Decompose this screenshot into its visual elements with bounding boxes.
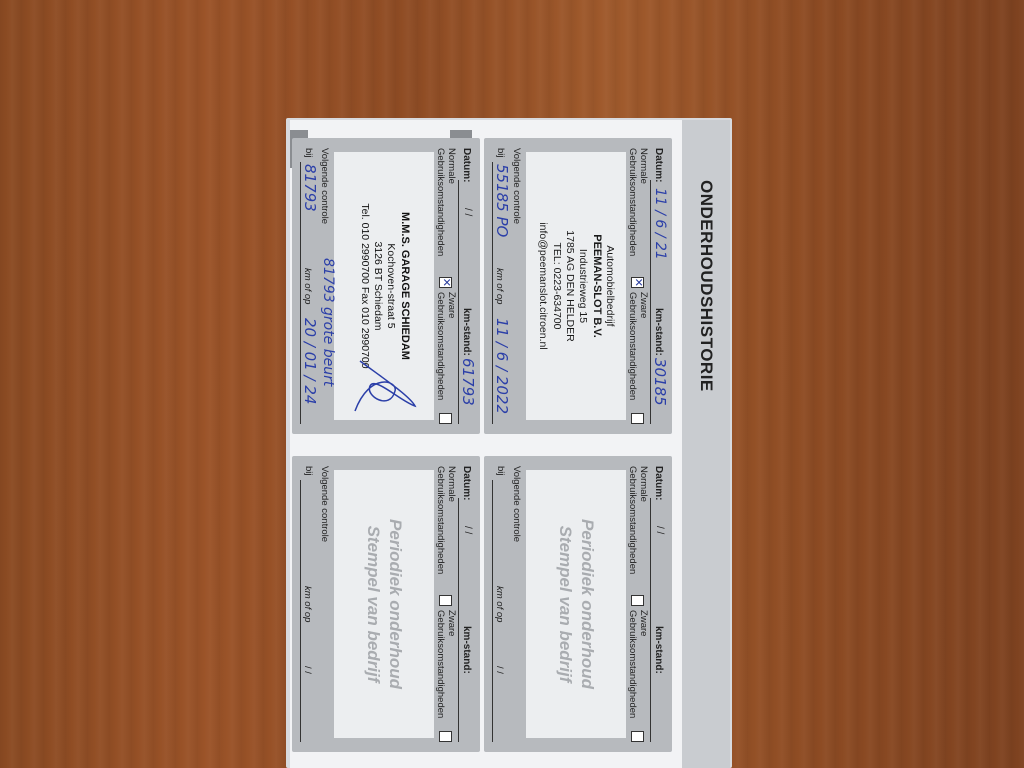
normal-conditions-checkbox: ✕ <box>440 277 453 288</box>
normal-conditions-label: Normale Gebruiksomstandigheden <box>627 466 649 591</box>
handwritten-note: 81793 grote beurt <box>320 258 336 386</box>
km-stand-label: km-stand: <box>653 308 664 356</box>
date-value: / / <box>462 208 473 216</box>
stamp-line: Kochoven-straat 5 <box>384 243 397 328</box>
date-label: Datum: <box>461 148 472 182</box>
stamp-line: 3126 BT Schiedam <box>371 241 384 330</box>
date-label: Datum: <box>653 148 664 182</box>
stamp-placeholder-area: Periodiek onderhoud Stempel van bedrijf <box>334 470 434 738</box>
stamp-placeholder-area: Periodiek onderhoud Stempel van bedrijf <box>526 470 626 738</box>
heavy-conditions-label: Zware Gebruiksomstandigheden <box>435 610 457 727</box>
stamp-line: Tel. 010 2990700 Fax 010 2990700 <box>357 203 370 368</box>
next-date-value: 20 / 01 / 24 <box>301 318 319 404</box>
next-km-value: 81793 <box>301 164 319 212</box>
date-label: Datum: <box>461 466 472 500</box>
signature-icon <box>350 356 420 416</box>
next-check-label: Volgende controle <box>511 466 522 742</box>
heavy-conditions-label: Zware Gebruiksomstandigheden <box>435 292 457 409</box>
company-stamp: M.M.S. GARAGE SCHIEDAM Kochoven-straat 5… <box>334 152 434 420</box>
heavy-conditions-label: Zware Gebruiksomstandigheden <box>627 610 649 727</box>
stamp-line: Industrieweg 15 <box>576 249 589 323</box>
placeholder-line-2: Stempel van bedrijf <box>362 526 384 683</box>
next-check-label: Volgende controle <box>511 148 522 424</box>
heavy-conditions-checkbox <box>440 413 453 424</box>
at-label: bij <box>303 466 314 476</box>
km-stand-value: 30185 <box>651 358 669 406</box>
placeholder-line-2: Stempel van bedrijf <box>554 526 576 683</box>
km-stand-label: km-stand: <box>653 626 664 674</box>
km-or-on-label: km of op <box>302 268 313 304</box>
heavy-conditions-checkbox <box>632 413 645 424</box>
km-or-on-label: km of op <box>494 586 505 622</box>
maintenance-entry-2: Datum: / / km-stand: 61793 Normale Gebru… <box>292 138 480 434</box>
next-check-label: Volgende controle <box>319 466 330 742</box>
normal-conditions-checkbox <box>632 595 645 606</box>
date-label: Datum: <box>653 466 664 500</box>
normal-conditions-label: Normale Gebruiksomstandigheden <box>435 148 457 273</box>
at-label: bij <box>303 148 314 158</box>
stamp-line: 1785 AG DEN HELDER <box>563 230 576 341</box>
at-label: bij <box>495 148 506 158</box>
stamp-line: PEEMAN-SLOT B.V. <box>589 234 603 338</box>
km-stand-value: 61793 <box>459 358 477 406</box>
stamp-line: info@peemanslot.citroen.nl <box>536 222 549 349</box>
heavy-conditions-label: Zware Gebruiksomstandigheden <box>627 292 649 409</box>
placeholder-line-1: Periodiek onderhoud <box>384 519 406 689</box>
next-date-value: 11 / 6 / 2022 <box>493 318 511 414</box>
at-label: bij <box>495 466 506 476</box>
date-value: 11 / 6 / 21 <box>652 188 668 260</box>
date-value: / / <box>462 526 473 534</box>
stamp-line: TEL: 0223-634700 <box>549 243 562 330</box>
km-stand-label: km-stand: <box>461 626 472 674</box>
stamp-line: M.M.S. GARAGE SCHIEDAM <box>397 212 411 360</box>
km-or-on-label: km of op <box>302 586 313 622</box>
normal-conditions-checkbox: ✕ <box>632 277 645 288</box>
next-date-value: / / <box>494 666 505 674</box>
next-check-label: Volgende controle <box>319 148 330 224</box>
page-title: ONDERHOUDSHISTORIE <box>696 180 716 392</box>
date-value: / / <box>654 526 665 534</box>
normal-conditions-checkbox <box>440 595 453 606</box>
maintenance-entry-1: Datum: 11 / 6 / 21 km-stand: 30185 Norma… <box>484 138 672 434</box>
normal-conditions-label: Normale Gebruiksomstandigheden <box>435 466 457 591</box>
stamp-line: Automobielbedrijf <box>603 245 616 326</box>
normal-conditions-label: Normale Gebruiksomstandigheden <box>627 148 649 273</box>
heavy-conditions-checkbox <box>440 731 453 742</box>
next-date-value: / / <box>302 666 313 674</box>
maintenance-entry-3: Datum: / / km-stand: Normale Gebruiksoms… <box>484 456 672 752</box>
km-stand-label: km-stand: <box>461 308 472 356</box>
company-stamp: Automobielbedrijf PEEMAN-SLOT B.V. Indus… <box>526 152 626 420</box>
next-km-value: 55185 PO <box>493 164 511 237</box>
heavy-conditions-checkbox <box>632 731 645 742</box>
placeholder-line-1: Periodiek onderhoud <box>576 519 598 689</box>
maintenance-history-page: ONDERHOUDSHISTORIE III 26 Datum: 11 / 6 … <box>290 120 730 768</box>
km-or-on-label: km of op <box>494 268 505 304</box>
maintenance-entry-4: Datum: / / km-stand: Normale Gebruiksoms… <box>292 456 480 752</box>
